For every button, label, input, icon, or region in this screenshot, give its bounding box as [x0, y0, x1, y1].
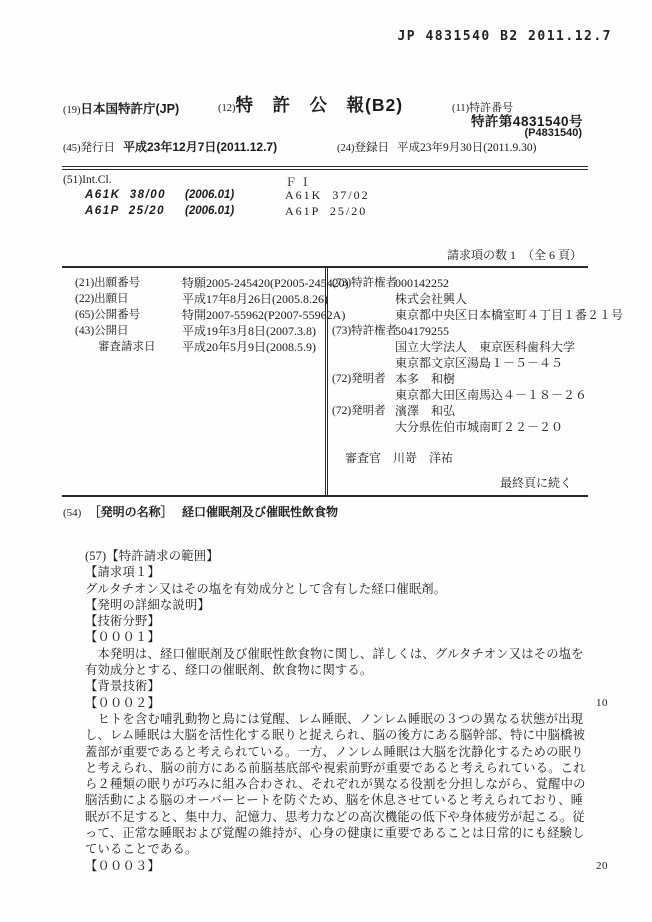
- body-line: ら２種類の眠りが巧みに組み合わされ、それぞれが異なる役割を分担しながら、覚醒中の: [85, 776, 615, 792]
- bib-field-value: 国立大学法人 東京医科歯科大学: [395, 339, 575, 355]
- bib-field-label: [332, 307, 395, 323]
- bib-field-value: 平成20年5月9日(2008.5.9): [182, 339, 316, 355]
- body-line: 脳活動による脳のオーバーヒートを防ぐため、脳を休息させていると考えられており、睡: [85, 792, 615, 808]
- bib-field-value: 特開2007-55962(P2007-55962A): [182, 307, 345, 323]
- body-line: ていることである。: [85, 841, 615, 857]
- body-line-text: 【発明の詳細な説明】: [85, 598, 210, 612]
- gazette-title: (12)特 許 公 報(B2): [218, 92, 403, 117]
- registration-date-row: (24)登録日平成23年9月30日(2011.9.30): [337, 139, 536, 155]
- bibliography-row: (43)公開日 平成19年3月8日(2007.3.8): [75, 323, 320, 339]
- bibliography-row: (73)特許権者 504179255: [332, 323, 582, 339]
- inid-19: (19): [63, 105, 81, 116]
- bibliography-row: 東京都文京区湯島１－５－４５: [332, 355, 582, 371]
- bib-field-label: (72)発明者: [332, 371, 395, 387]
- gazette-title-text: 特 許 公 報(B2): [236, 95, 404, 115]
- bibliography-row: 大分県佐伯市城南町２２－２０: [332, 419, 582, 435]
- bib-field-label: (73)特許権者: [332, 275, 395, 291]
- fi-code: A61P 25/20: [285, 204, 367, 220]
- bib-field-label: [332, 355, 395, 371]
- body-line-text: 【技術分野】: [85, 614, 160, 628]
- body-line-text: ヒトを含む哺乳動物と鳥には覚醒、レム睡眠、ノンレム睡眠の３つの異なる状態が出現: [85, 712, 583, 726]
- bib-field-label: (21)出願番号: [75, 275, 182, 291]
- patent-gazette-page: JP 4831540 B2 2011.12.7 (19)日本国特許庁(JP) (…: [0, 0, 652, 922]
- body-line-text: グルタチオン又はその塩を有効成分として含有した経口催眠剤。: [85, 582, 446, 596]
- bibliography-row: 株式会社興人: [332, 291, 582, 307]
- bib-field-label: [332, 419, 395, 435]
- inid-54: (54): [63, 507, 81, 519]
- body-line: (57)【特許請求の範囲】: [85, 548, 615, 564]
- body-line: 【請求項１】: [85, 564, 615, 580]
- bibliography-row: 東京都大田区南馬込４－１８－２６: [332, 387, 582, 403]
- body-line-text: ら２種類の眠りが巧みに組み合わされ、それぞれが異なる役割を分担しながら、覚醒中の: [85, 777, 586, 791]
- intcl-code: A61P 25/20: [85, 204, 185, 220]
- bibliography-row: (72)発明者 本多 和樹: [332, 371, 582, 387]
- bib-field-label: (43)公開日: [75, 323, 182, 339]
- inid-11: (11): [452, 103, 469, 114]
- publishing-office: (19)日本国特許庁(JP): [63, 99, 179, 117]
- bibliography-row: (21)出願番号 特願2005-245420(P2005-245420): [75, 275, 320, 291]
- application-data-column: (21)出願番号 特願2005-245420(P2005-245420) (22…: [75, 275, 320, 355]
- body-line-text: 【背景技術】: [85, 679, 160, 693]
- bib-field-value: 東京都中央区日本橋室町４丁目１番２１号: [395, 307, 623, 323]
- bib-field-label: [332, 387, 395, 403]
- body-line-text: 【０００１】: [85, 630, 160, 644]
- registration-date-value: 平成23年9月30日(2011.9.30): [397, 142, 536, 154]
- top-double-rule: [62, 166, 588, 170]
- office-name: 日本国特許庁(JP): [81, 102, 180, 116]
- body-line-text: 脳活動による脳のオーバーヒートを防ぐため、脳を休息させていると考えられており、睡: [85, 793, 583, 807]
- bib-field-label: [332, 291, 395, 307]
- body-line: 【０００３】 20: [85, 858, 615, 874]
- body-line: 【０００１】: [85, 629, 615, 645]
- body-line-text: 蓋部が重要であると考えられている。一方、ノンレム睡眠は大脳を沈静化するための眠り: [85, 745, 584, 759]
- bib-field-value: 東京都文京区湯島１－５－４５: [395, 355, 563, 371]
- body-line-text: 【０００３】: [85, 859, 160, 873]
- specification-body: (57)【特許請求の範囲】 【請求項１】 グルタチオン又はその塩を有効成分として…: [85, 548, 615, 874]
- body-line: と考えられ、脳の前方にある前脳基底部や視索前野が重要であると考えられている。これ: [85, 760, 615, 776]
- patent-number-paren: (P4831540): [525, 127, 583, 139]
- examiner-label: 審査官: [345, 449, 390, 466]
- bib-field-label: (73)特許権者: [332, 323, 395, 339]
- bibliography-row: 国立大学法人 東京医科歯科大学: [332, 339, 582, 355]
- examiner-name: 川嵜 洋祐: [393, 451, 453, 465]
- body-line: 有効成分とする、経口の催眠剤、飲食物に関する。: [85, 662, 615, 678]
- body-line: ヒトを含む哺乳動物と鳥には覚醒、レム睡眠、ノンレム睡眠の３つの異なる状態が出現: [85, 711, 615, 727]
- body-line: し、レム睡眠は大脳を活性化する眠りと捉えられ、脳の後方にある脳幹部、特に中脳橋被: [85, 727, 615, 743]
- bibliography-row: (72)発明者 濱澤 和弘: [332, 403, 582, 419]
- bibliography-box: (21)出願番号 特願2005-245420(P2005-245420) (22…: [62, 266, 588, 497]
- inid-12: (12): [218, 103, 236, 114]
- invention-title-value: 経口催眠剤及び催眠性飲食物: [182, 505, 338, 519]
- inid-45: (45): [63, 143, 81, 154]
- bib-field-label: 審査請求日: [75, 339, 182, 355]
- classification-rows: A61K 38/00 (2006.01) A61K 37/02 A61P 25/…: [85, 188, 370, 219]
- bibliography-row: 東京都中央区日本橋室町４丁目１番２１号: [332, 307, 582, 323]
- body-line-text: 【０００２】: [85, 696, 160, 710]
- issue-date-value: 平成23年12月7日(2011.12.7): [123, 140, 277, 154]
- bib-field-value: 大分県佐伯市城南町２２－２０: [395, 419, 563, 435]
- body-line: グルタチオン又はその塩を有効成分として含有した経口催眠剤。: [85, 581, 615, 597]
- bib-field-value: 濱澤 和弘: [395, 403, 455, 419]
- body-line-text: 本発明は、経口催眠剤及び催眠性飲食物に関し、詳しくは、グルタチオン又はその塩を: [85, 647, 584, 661]
- body-line-text: 有効成分とする、経口の催眠剤、飲食物に関する。: [85, 663, 372, 677]
- body-line: 【背景技術】: [85, 678, 615, 694]
- body-line: って、正常な睡眠および覚醒の維持が、心身の健康に重要であることは日常的にも経験し: [85, 825, 615, 841]
- body-line: 蓋部が重要であると考えられている。一方、ノンレム睡眠は大脳を沈静化するための眠り: [85, 744, 615, 760]
- body-line: 【０００２】 10: [85, 695, 615, 711]
- bibliography-row: (22)出願日 平成17年8月26日(2005.8.26): [75, 291, 320, 307]
- bibliography-row: (65)公開番号 特開2007-55962(P2007-55962A): [75, 307, 320, 323]
- body-line-text: し、レム睡眠は大脳を活性化する眠りと捉えられ、脳の後方にある脳幹部、特に中脳橋被: [85, 728, 585, 742]
- body-line: 【発明の詳細な説明】: [85, 597, 615, 613]
- fi-code: A61K 37/02: [285, 188, 370, 204]
- document-id: JP 4831540 B2 2011.12.7: [397, 29, 612, 44]
- body-line: 眠が不足すると、集中力、記憶力、思考力などの高次機能の低下や身体疲労が起こる。従: [85, 809, 615, 825]
- bib-field-value: 東京都大田区南馬込４－１８－２６: [395, 387, 587, 403]
- classification-row: A61K 38/00 (2006.01) A61K 37/02: [85, 188, 370, 204]
- bib-field-value: 特願2005-245420(P2005-245420): [182, 275, 349, 291]
- intcl-version: (2006.01): [185, 188, 285, 204]
- bib-field-value: 平成17年8月26日(2005.8.26): [182, 291, 328, 307]
- bibliography-row: (73)特許権者 000142252: [332, 275, 582, 291]
- body-line-text: って、正常な睡眠および覚醒の維持が、心身の健康に重要であることは日常的にも経験し: [85, 826, 585, 840]
- intcl-code: A61K 38/00: [85, 188, 185, 204]
- body-line-text: 【請求項１】: [85, 565, 160, 579]
- margin-line-number: 20: [596, 858, 608, 874]
- bib-field-label: (22)出願日: [75, 291, 182, 307]
- body-line-text: と考えられ、脳の前方にある前脳基底部や視索前野が重要であると考えられている。これ: [85, 761, 586, 775]
- classification-row: A61P 25/20 (2006.01) A61P 25/20: [85, 204, 370, 220]
- intcl-heading: (51)Int.Cl.: [63, 174, 112, 186]
- bib-field-label: [332, 339, 395, 355]
- continued-on-last-page-note: 最終頁に続く: [500, 474, 572, 491]
- bib-field-label: (72)発明者: [332, 403, 395, 419]
- invention-title-line: (54) ［発明の名称］ 経口催眠剤及び催眠性飲食物: [63, 503, 338, 520]
- invention-title-label: ［発明の名称］: [89, 505, 173, 519]
- parties-column: (73)特許権者 000142252 株式会社興人 東京都中央区日本橋室町４丁目…: [332, 275, 582, 435]
- examiner-row: 審査官 川嵜 洋祐: [345, 449, 453, 466]
- bib-field-label: (65)公開番号: [75, 307, 182, 323]
- issue-date-row: (45)発行日平成23年12月7日(2011.12.7): [63, 138, 277, 155]
- inid-24: (24): [337, 143, 355, 154]
- intcl-version: (2006.01): [185, 204, 285, 220]
- claims-count-note: 請求項の数 1 （全 6 頁）: [447, 246, 582, 263]
- body-line: 【技術分野】: [85, 613, 615, 629]
- body-line-text: (57)【特許請求の範囲】: [85, 549, 219, 563]
- bib-field-value: 平成19年3月8日(2007.3.8): [182, 323, 316, 339]
- bib-field-value: 000142252: [395, 275, 449, 291]
- body-line-text: ていることである。: [85, 842, 197, 856]
- margin-line-number: 10: [596, 695, 608, 711]
- body-line: 本発明は、経口催眠剤及び催眠性飲食物に関し、詳しくは、グルタチオン又はその塩を: [85, 646, 615, 662]
- bib-field-value: 本多 和樹: [395, 371, 455, 387]
- bib-field-value: 株式会社興人: [395, 291, 467, 307]
- bibliography-row: 審査請求日 平成20年5月9日(2008.5.9): [75, 339, 320, 355]
- body-line-text: 眠が不足すると、集中力、記憶力、思考力などの高次機能の低下や身体疲労が起こる。従: [85, 810, 585, 824]
- bib-field-value: 504179255: [395, 323, 449, 339]
